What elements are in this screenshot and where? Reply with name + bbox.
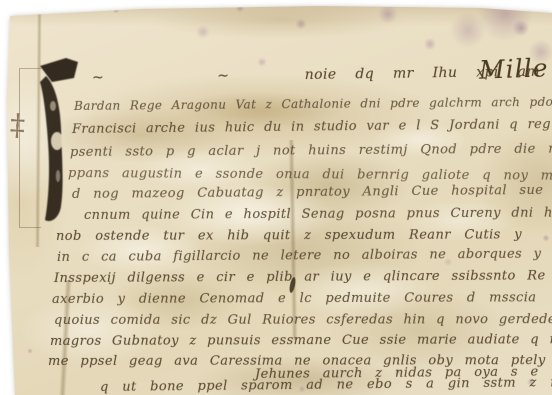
manuscript-line: Bardan Rege Aragonu Vat z Cathalonie dni… xyxy=(74,94,552,113)
notarial-cross-mark: ‡ xyxy=(9,108,26,144)
initial-letter-I xyxy=(40,58,84,228)
margin-ruling-box xyxy=(19,68,41,228)
manuscript-line: q ut bone ppel sparom ad ne ebo s a gin … xyxy=(100,375,552,395)
manuscript-line: magros Gubnatoy z punsuis essmane Cue ss… xyxy=(50,332,552,349)
manuscript-line: ppans augustin e ssonde onua dui bernrig… xyxy=(68,166,552,184)
manuscript-line: quoius comida sic dz Gul Ruiores csfered… xyxy=(54,312,552,328)
parchment-sheet: ‡ ~ ~ noie dq mr Ihu xpi am dni anatiuit… xyxy=(0,0,552,395)
manuscript-line: d nog mazeog Cabuatag z pnratoy Angli Cu… xyxy=(72,183,543,202)
scan-background: ‡ ~ ~ noie dq mr Ihu xpi am dni anatiuit… xyxy=(0,0,552,395)
manuscript-line: Francisci arche ius huic du in studio va… xyxy=(72,116,552,137)
manuscript-line: cnnum quine Cin e hospitl Senag posna pn… xyxy=(84,205,552,223)
manuscript-line: psenti ssto p g aclar j not huins restim… xyxy=(70,141,552,160)
manuscript-line: Insspexij dilgenss e cir e plib ar iuy e… xyxy=(54,268,546,286)
parchment-wrap: ‡ ~ ~ noie dq mr Ihu xpi am dni anatiuit… xyxy=(0,0,552,395)
manuscript-line: in c ca cuba figillarcio ne letere no al… xyxy=(57,247,541,265)
manuscript-line: axerbio y dienne Cenomad e lc pedmuite C… xyxy=(52,290,536,307)
manuscript-line: nob ostende tur ex hib quit z spexudum R… xyxy=(56,227,522,244)
top-edge-stain-band xyxy=(0,0,552,26)
anno-mille-word: Mille C xyxy=(479,52,552,84)
